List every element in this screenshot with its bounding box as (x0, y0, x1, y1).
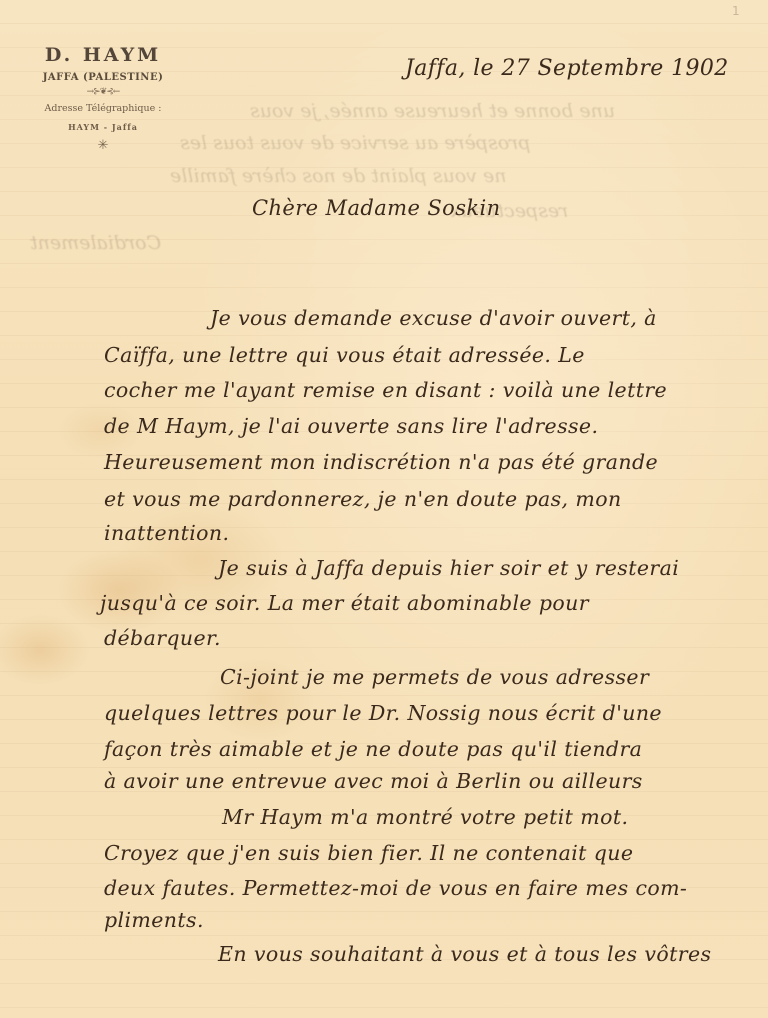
body-line: Ci-joint je me permets de vous adresser (220, 665, 649, 689)
body-line: Croyez que j'en suis bien fier. Il ne co… (104, 841, 633, 865)
body-line: à avoir une entrevue avec moi à Berlin o… (104, 769, 643, 793)
telegraphic-address-value: HAYM - Jaffa (18, 122, 188, 132)
bleed-through-line: ne vous plaint de nos chère famille (170, 165, 507, 187)
bleed-through-line: une bonne et heureuse année, je vous (250, 100, 615, 122)
body-line: Je suis à Jaffa depuis hier soir et y re… (218, 556, 679, 580)
dateline: Jaffa, le 27 Septembre 1902 (405, 56, 729, 81)
body-line: façon très aimable et je ne doute pas qu… (104, 737, 642, 761)
body-line: Caïffa, une lettre qui vous était adress… (104, 343, 585, 367)
bleed-through-line: Cordialement (30, 232, 161, 254)
letterhead-city: JAFFA (PALESTINE) (18, 72, 188, 83)
body-line: et vous me pardonnerez, je n'en doute pa… (104, 487, 622, 511)
body-line: jusqu'à ce soir. La mer était abominable… (100, 591, 589, 615)
body-line: Mr Haym m'a montré votre petit mot. (222, 805, 628, 829)
page-number: 1 (732, 4, 740, 18)
letterhead-name: D. HAYM (18, 44, 188, 66)
star-ornament-icon: ✳ (18, 138, 188, 153)
body-line: quelques lettres pour le Dr. Nossig nous… (104, 701, 662, 725)
body-line: Heureusement mon indiscrétion n'a pas ét… (104, 450, 658, 474)
letterhead: D. HAYM JAFFA (PALESTINE) →⊱❦⊰← Adresse … (18, 44, 188, 153)
bleed-through-line: prospère au service de vous tous les (180, 132, 530, 154)
body-line: de M Haym, je l'ai ouverte sans lire l'a… (104, 414, 598, 438)
body-line: deux fautes. Permettez-moi de vous en fa… (104, 876, 687, 900)
body-line: inattention. (104, 521, 229, 545)
body-line: débarquer. (104, 626, 221, 650)
ornament-icon: →⊱❦⊰← (18, 87, 188, 97)
body-line: Je vous demande excuse d'avoir ouvert, à (210, 306, 657, 330)
body-line: pliments. (104, 908, 204, 932)
telegraphic-address-label: Adresse Télégraphique : (18, 103, 188, 114)
body-line: En vous souhaitant à vous et à tous les … (218, 942, 711, 966)
body-line: cocher me l'ayant remise en disant : voi… (104, 378, 667, 402)
salutation: Chère Madame Soskin (252, 196, 501, 220)
